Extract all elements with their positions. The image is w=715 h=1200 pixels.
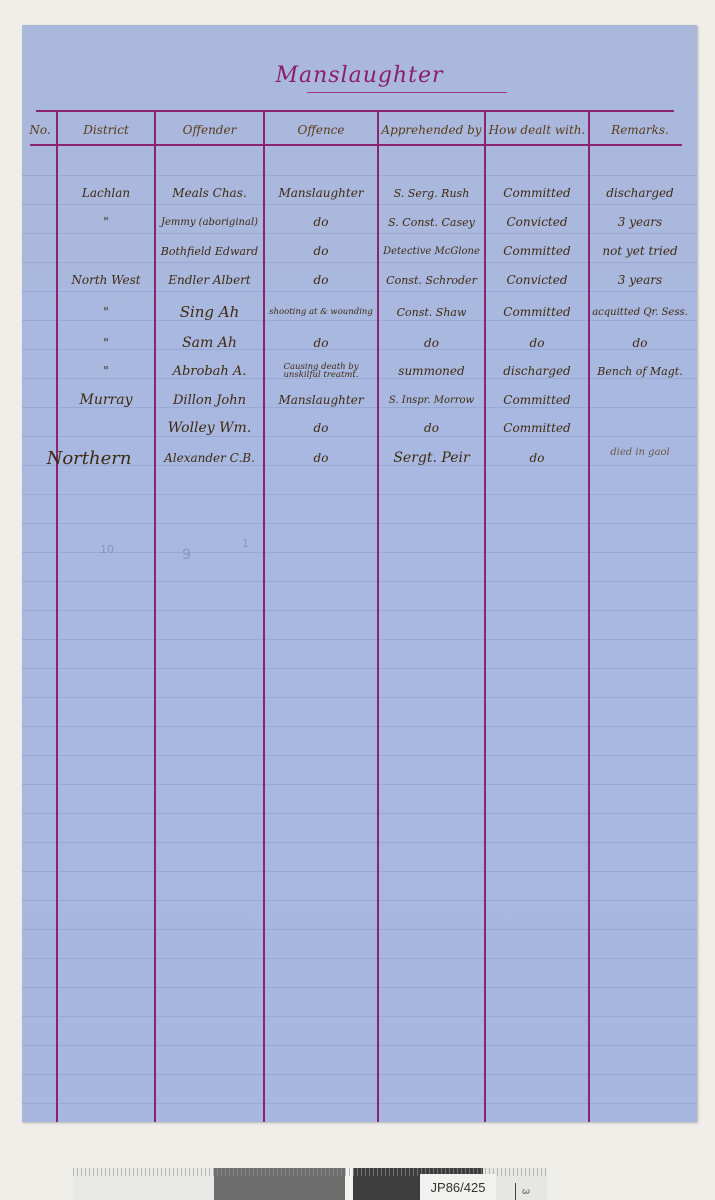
cell-district: Murray: [58, 389, 154, 411]
cell-remarks: do: [590, 332, 690, 354]
cell-offence: do: [265, 211, 377, 233]
cell-remarks: not yet tried: [590, 240, 690, 262]
cell-remarks: 3 years: [590, 269, 690, 291]
cell-how-dealt: Committed: [486, 301, 588, 323]
cell-offender: Meals Chas.: [156, 182, 263, 204]
cell-how-dealt: Committed: [486, 240, 588, 262]
cell-remarks: Bench of Magt.: [590, 360, 690, 382]
header-offender: Offender: [156, 115, 263, 145]
header-top-rule: [36, 110, 674, 112]
cell-apprehended-by: do: [379, 417, 484, 439]
cell-remarks: died in gaol: [590, 441, 690, 463]
cell-offender: Jemmy (aboriginal): [156, 211, 263, 233]
cell-district: [58, 417, 154, 439]
cell-offender: Alexander C.B.: [156, 447, 263, 469]
cell-remarks: [590, 417, 690, 439]
cell-how-dealt: Committed: [486, 417, 588, 439]
cell-offence: do: [265, 269, 377, 291]
cell-offence: do: [265, 447, 377, 469]
cell-apprehended-by: summoned: [379, 360, 484, 382]
cell-district: Lachlan: [58, 182, 154, 204]
cell-offence: shooting at & wounding: [265, 301, 377, 323]
header-apprehended-by: Apprehended by: [379, 115, 484, 145]
cell-district: ": [58, 211, 154, 233]
cell-offence: Manslaughter: [265, 182, 377, 204]
header-how-dealt-with: How dealt with.: [486, 115, 588, 145]
cell-how-dealt: do: [486, 447, 588, 469]
cell-how-dealt: Convicted: [486, 269, 588, 291]
ruled-lines: [22, 147, 697, 1122]
cell-apprehended-by: S. Inspr. Morrow: [379, 389, 484, 411]
cell-how-dealt: discharged: [486, 360, 588, 382]
cell-apprehended-by: Detective McGlone: [379, 240, 484, 262]
cell-apprehended-by: S. Const. Casey: [379, 211, 484, 233]
cell-district: ": [58, 332, 154, 354]
cell-remarks: discharged: [590, 182, 690, 204]
archive-reference-label: JP86/425: [420, 1174, 496, 1200]
cell-offender: Wolley Wm.: [156, 417, 263, 439]
cell-offender: Abrobah A.: [156, 360, 263, 382]
cell-offender: Sing Ah: [156, 301, 263, 323]
cell-offender: Bothfield Edward: [156, 240, 263, 262]
cell-how-dealt: do: [486, 332, 588, 354]
header-remarks: Remarks.: [590, 115, 690, 145]
cell-offender: Sam Ah: [156, 332, 263, 354]
cell-apprehended-by: Sergt. Peir: [379, 447, 484, 469]
cell-district: ": [58, 301, 154, 323]
ruler-number: 3: [519, 1189, 530, 1195]
cell-remarks: acquitted Qr. Sess.: [590, 301, 690, 323]
cell-offender: Endler Albert: [156, 269, 263, 291]
header-district: District: [58, 115, 154, 145]
title-underline: [307, 92, 507, 93]
cell-district: North West: [58, 269, 154, 291]
cell-apprehended-by: S. Serg. Rush: [379, 182, 484, 204]
cell-offence: do: [265, 240, 377, 262]
cell-offence: do: [265, 417, 377, 439]
cell-how-dealt: Convicted: [486, 211, 588, 233]
cell-how-dealt: Committed: [486, 182, 588, 204]
cell-district: ": [58, 360, 154, 382]
cell-offender: Dillon John: [156, 389, 263, 411]
cell-district: [58, 240, 154, 262]
header-offence: Offence: [265, 115, 377, 145]
cell-remarks: [590, 389, 690, 411]
ledger-page: Manslaughter No. District Offender Offen…: [22, 25, 697, 1122]
cell-offence: Manslaughter: [265, 389, 377, 411]
pencil-note: 10: [100, 543, 114, 556]
cell-how-dealt: Committed: [486, 389, 588, 411]
cell-district: Northern: [24, 447, 154, 469]
cell-offence: do: [265, 332, 377, 354]
page-title: Manslaughter: [22, 63, 697, 88]
cell-apprehended-by: do: [379, 332, 484, 354]
pencil-note: 9: [182, 547, 191, 563]
ruler-mark: [515, 1183, 516, 1200]
header-no: No.: [24, 115, 56, 145]
cell-apprehended-by: Const. Shaw: [379, 301, 484, 323]
cell-offence: Causing death by unskilful treatmt.: [265, 360, 377, 382]
pencil-note: 1: [242, 537, 249, 550]
cell-remarks: 3 years: [590, 211, 690, 233]
cell-apprehended-by: Const. Schroder: [379, 269, 484, 291]
